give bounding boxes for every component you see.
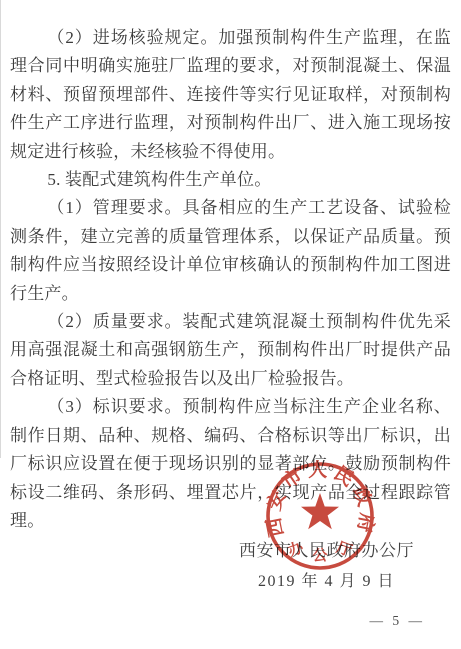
page-number: — 5 — bbox=[370, 613, 426, 629]
document-page: { "page": { "background": "#ffffff", "te… bbox=[0, 0, 461, 649]
seal-bottom-char: 公 bbox=[312, 547, 328, 564]
official-seal: 西安市人民政府 办 公 厅 bbox=[250, 446, 390, 586]
scan-edge-artifact bbox=[0, 0, 1, 458]
body-paragraph: 5. 装配式建筑构件生产单位。 bbox=[10, 166, 451, 194]
body-paragraph: （2）进场核验规定。加强预制构件生产监理，在监理合同中明确实施驻厂监理的要求，对… bbox=[10, 24, 451, 166]
body-paragraph: （1）管理要求。具备相应的生产工艺设备、试验检测条件，建立完善的质量管理体系，以… bbox=[10, 194, 451, 308]
body-paragraph: （2）质量要求。装配式建筑混凝土预制构件优先采用高强混凝土和高强钢筋生产，预制构… bbox=[10, 308, 451, 393]
red-star-icon bbox=[301, 493, 339, 529]
